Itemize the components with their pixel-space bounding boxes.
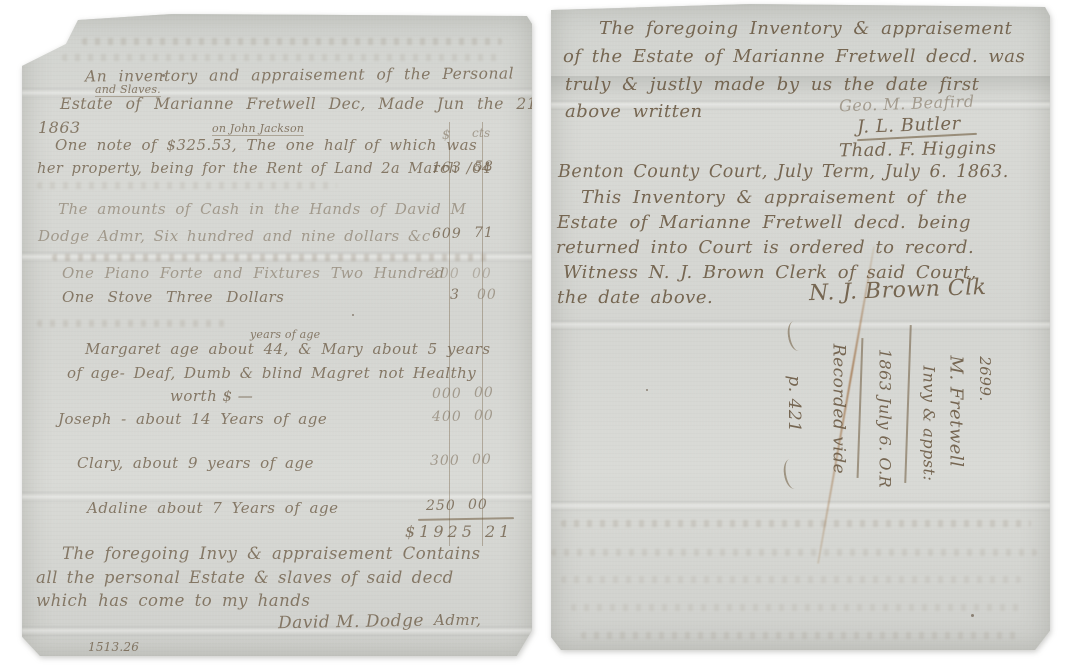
bleedthrough-marks (561, 576, 1021, 583)
bleedthrough-marks (551, 549, 1037, 556)
bleedthrough-marks (37, 182, 337, 189)
dollars-column-rule (449, 122, 450, 546)
left-page-wrapper: An inventory and appraisement of the Per… (22, 14, 532, 656)
bleedthrough-marks (52, 254, 492, 261)
entry-clary: Clary, about 9 years of age (77, 454, 314, 472)
amount-dollars: 000 (432, 386, 462, 402)
amount-cents: 00 (472, 266, 492, 282)
attestation-line1: The foregoing Inventory & appraisement (599, 18, 1012, 39)
court-order-line1: This Inventory & appraisement of the (581, 187, 967, 208)
note-interlineation: on John Jackson (212, 122, 304, 136)
amount-cents: 00 (474, 385, 494, 401)
attestation-line2: of the Estate of Marianne Fretwell decd.… (563, 46, 1025, 67)
amount-cents: 00 (474, 408, 494, 424)
amount-dollars: 609 (432, 226, 462, 242)
total-amount: $1925 21 (405, 522, 513, 541)
endorsement-date: 1863 July 6. O.R (876, 324, 895, 514)
appraiser-signature: Thad. F. Higgins (839, 138, 997, 162)
amount-dollars: 200 (430, 266, 460, 282)
attestation-page: The foregoing Inventory & appraisement o… (551, 4, 1050, 650)
amount-dollars: 163 (432, 160, 462, 176)
closing-line1: The foregoing Invy & appraisement Contai… (62, 544, 481, 563)
bleedthrough-marks (561, 520, 1031, 527)
administrator-title: Admr, (434, 611, 481, 629)
inventory-title-year: 1863 (38, 118, 81, 137)
entry-note-line2: her property, being for the Rent of Land… (37, 161, 492, 177)
endorsement-document: Invy & appst: (920, 339, 939, 509)
ink-speck (352, 314, 354, 316)
docket-number: 1513.26 (88, 640, 139, 654)
court-heading: Benton County Court, July Term, July 6. … (558, 162, 1009, 182)
right-page-wrapper: The foregoing Inventory & appraisement o… (551, 4, 1050, 650)
attestation-line3: truly & justly made by us the date first (565, 74, 979, 95)
amount-cents: 00 (477, 287, 497, 303)
bleedthrough-marks (581, 632, 1021, 639)
ink-speck (971, 614, 974, 617)
closing-line2: all the personal Estate & slaves of said… (36, 568, 454, 587)
amount-cents: 58 (474, 159, 494, 175)
closing-line3: which has come to my hands (36, 591, 310, 610)
entry-joseph: Joseph - about 14 Years of age (58, 410, 327, 428)
entry-adaline: Adaline about 7 Years of age (87, 499, 338, 517)
endorsement-recorded: Recorded vide (829, 322, 849, 497)
endorsement-page-ref: p. 421 (784, 329, 804, 479)
document-scan-canvas: { "colors": { "background": "#ffffff", "… (0, 0, 1080, 668)
court-date-line: the date above. (557, 287, 713, 308)
fold-crease (551, 501, 1050, 511)
endorsement-name: M. Fretwell (946, 322, 967, 502)
inventory-title-line2: Estate of Marianne Fretwell Dec, Made Ju… (60, 95, 554, 113)
amount-dollars: 300 (430, 453, 460, 469)
entry-note-line1: One note of $325.53, The one half of whi… (55, 136, 477, 154)
amount-cents: 00 (472, 452, 492, 468)
amount-cents: 00 (468, 497, 488, 513)
entry-cash-line1: The amounts of Cash in the Hands of Davi… (58, 200, 466, 218)
cents-column-rule (482, 122, 483, 546)
amount-dollars: 3 (450, 287, 460, 303)
entry-stove: One Stove Three Dollars (62, 288, 284, 306)
administrator-signature: David M. Dodge (278, 611, 424, 634)
bleedthrough-marks (62, 54, 502, 61)
bleedthrough-marks (37, 320, 227, 327)
entry-cash-line2: Dodge Admr, Six hundred and nine dollars… (38, 227, 431, 245)
entry-margaret-line3: worth $ — (170, 387, 253, 405)
amount-dollars: 400 (432, 409, 462, 425)
amount-dollars: 250 (426, 498, 456, 514)
bleedthrough-marks (571, 604, 1021, 611)
amount-cents: 71 (474, 225, 494, 241)
court-order-line2: Estate of Marianne Fretwell decd. being (557, 212, 971, 233)
ink-speck (162, 74, 165, 77)
endorsement-number: 2699. (976, 334, 994, 424)
entry-piano: One Piano Forte and Fixtures Two Hundred (62, 264, 445, 282)
attestation-line4: above written (565, 101, 703, 122)
bleedthrough-marks (82, 38, 502, 45)
inventory-page: An inventory and appraisement of the Per… (22, 14, 532, 656)
entry-margaret-line1: Margaret age about 44, & Mary about 5 ye… (85, 340, 491, 358)
ink-speck (646, 389, 648, 391)
entry-margaret-line2: of age- Deaf, Dumb & blind Magret not He… (67, 364, 476, 382)
court-order-line3: returned into Court is ordered to record… (556, 237, 974, 258)
